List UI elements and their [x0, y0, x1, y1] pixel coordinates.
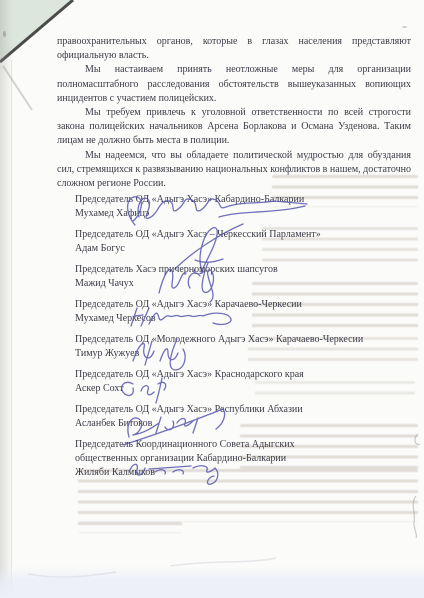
signatory-name: Аскер Сохт	[75, 383, 124, 394]
signatory-name: Асланбек Битоков	[75, 418, 152, 429]
signatory-block: Председатель ОД «Адыгэ Хасэ» Республики …	[75, 403, 415, 431]
signatory-block: Председатель Координационного Совета Ады…	[75, 438, 415, 480]
paragraph: правоохранительных органов, которые в гл…	[57, 35, 411, 63]
signatory-title: Председатель Хасэ причерноморских шапсуг…	[75, 263, 415, 277]
page-edge-line	[11, 60, 12, 598]
scan-speck	[402, 26, 407, 28]
signatory-title: Председатель ОД «Молодежного Адыгэ Хасэ»…	[75, 333, 415, 347]
signature-section: Председатель ОД «Адыгэ Хасэ» Кабардино-Б…	[75, 193, 415, 487]
signatory-title: Председатель ОД «Адыгэ Хасэ» Карачаево-Ч…	[75, 298, 415, 312]
signatory-title: Председатель ОД «Адыгэ Хасэ – Черкесский…	[75, 228, 415, 242]
scanned-letter-page: правоохранительных органов, которые в гл…	[0, 0, 424, 598]
signatory-block: Председатель ОД «Адыгэ Хасэ – Черкесский…	[75, 228, 415, 256]
signatory-block: Председатель ОД «Адыгэ Хасэ» Кабардино-Б…	[75, 193, 415, 221]
signatory-name: Тимур Жужуев	[75, 348, 139, 359]
signatory-name: Адам Богус	[75, 243, 125, 254]
paragraph: Мы требуем привлечь к уголовной ответств…	[57, 106, 411, 149]
signatory-name: Жиляби Калмыков	[75, 467, 155, 478]
signatory-name: Мажид Чачух	[75, 278, 134, 289]
paragraph: Мы настаиваем принять неотложные меры дл…	[57, 63, 411, 106]
signatory-title: Председатель ОД «Адыгэ Хасэ» Республики …	[75, 403, 415, 417]
signatory-name: Мухамед Черкесов	[75, 313, 156, 324]
signatory-title: Председатель ОД «Адыгэ Хасэ» Краснодарск…	[75, 368, 415, 382]
paragraph: Мы надеемся, что вы обладаете политическ…	[57, 149, 411, 192]
signatory-title: Председатель ОД «Адыгэ Хасэ» Кабардино-Б…	[75, 193, 415, 207]
signatory-block: Председатель ОД «Адыгэ Хасэ» Карачаево-Ч…	[75, 298, 415, 326]
signatory-title: общественных организации Кабардино-Балка…	[75, 452, 415, 466]
letter-body: правоохранительных органов, которые в гл…	[57, 35, 411, 191]
signatory-name: Мухамед Хафицэ	[75, 208, 149, 219]
scan-speck	[3, 31, 6, 37]
signatory-block: Председатель ОД «Адыгэ Хасэ» Краснодарск…	[75, 368, 415, 396]
signatory-block: Председатель ОД «Молодежного Адыгэ Хасэ»…	[75, 333, 415, 361]
scanner-edge-bottom	[0, 566, 424, 598]
signatory-block: Председатель Хасэ причерноморских шапсуг…	[75, 263, 415, 291]
bleedthrough-text-artifact	[78, 522, 182, 533]
signatory-title: Председатель Координационного Совета Ады…	[75, 438, 415, 452]
